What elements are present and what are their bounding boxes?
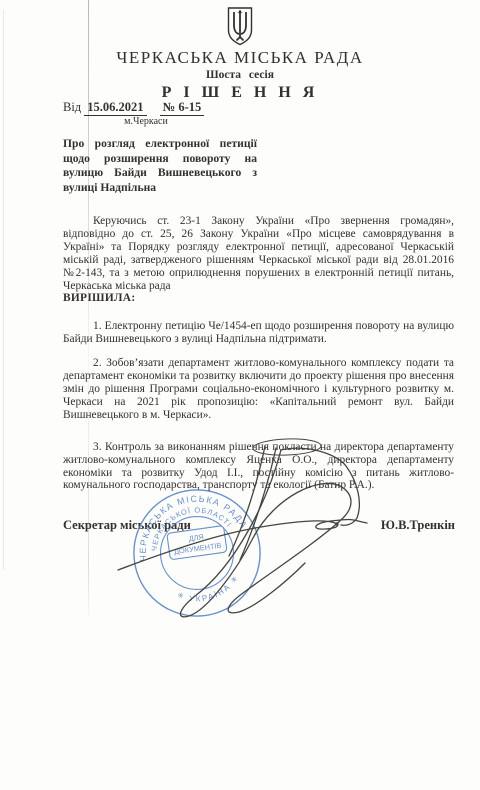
document-page: ЧЕРКАСЬКА МІСЬКА РАДА Шоста сесія Р І Ш … [0,0,480,790]
resolved-label: ВИРІШИЛА: [63,292,454,305]
number-label: № [163,100,176,114]
date-value: 15.06.2021 [84,100,146,116]
date-number-row: Від 15.06.2021 № 6-15 [63,100,204,115]
session-label: Шоста сесія [0,69,480,81]
subject-paragraph: Про розгляд електронної петиції щодо роз… [63,137,257,195]
handwritten-signature [95,408,465,643]
ink-dot [335,522,338,525]
city-label: м.Черкаси [96,116,196,127]
org-name: ЧЕРКАСЬКА МІСЬКА РАДА [0,49,480,67]
number-value: 6-15 [178,100,201,114]
doc-number: № 6-15 [160,100,205,116]
resolution-item: 1. Електронну петицію Че/1454-еп щодо ро… [63,320,454,346]
document-header: ЧЕРКАСЬКА МІСЬКА РАДА Шоста сесія Р І Ш … [0,6,480,102]
trident-emblem-icon [226,6,254,46]
date-label: Від [63,100,81,114]
preamble-paragraph: Керуючись ст. 23-1 Закону України «Про з… [63,215,454,292]
